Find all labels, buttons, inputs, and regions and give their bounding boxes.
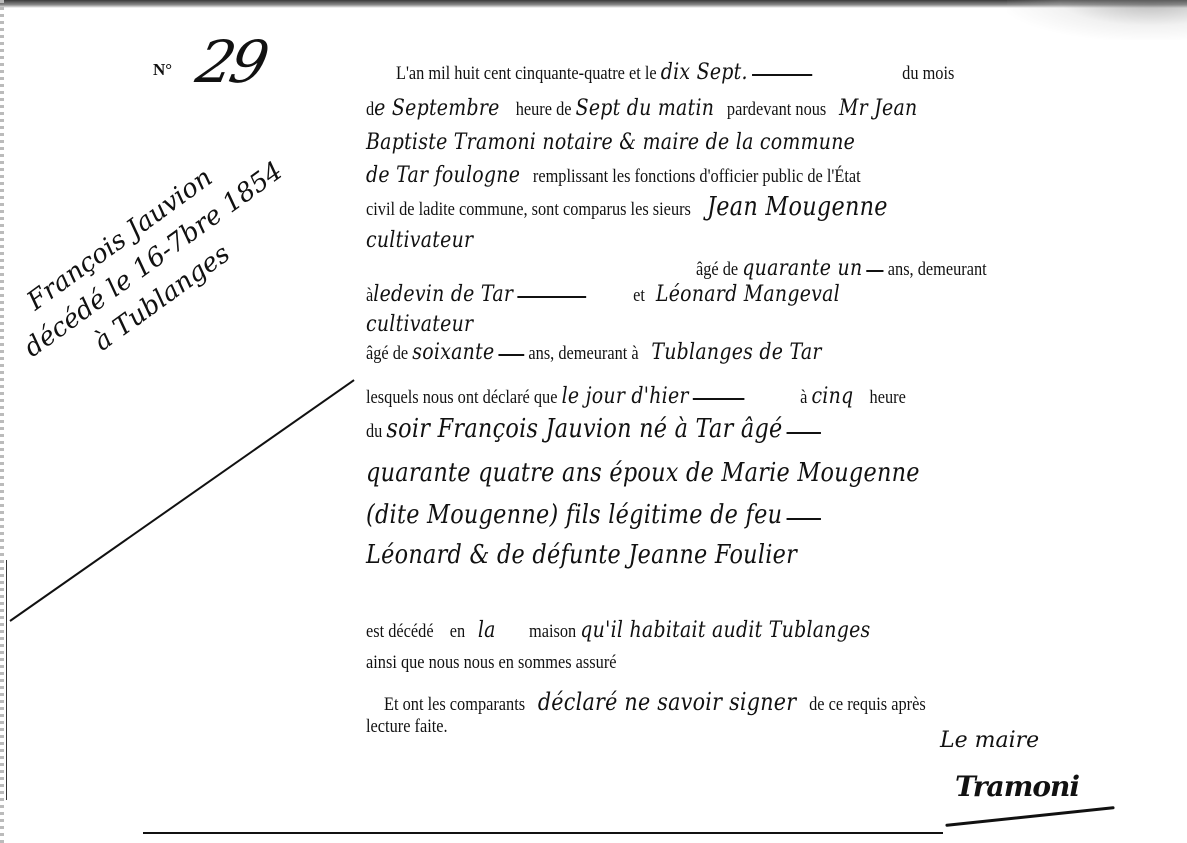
body-line: (dite Mougenne) fils légitime de feu (366, 500, 821, 530)
body-line: quarante quatre ans époux de Marie Mouge… (366, 458, 920, 488)
printed-text: Et ont les comparants (384, 694, 525, 715)
record-number: 29 (191, 28, 271, 96)
handwritten-residence: ledevin de Tar (373, 282, 513, 307)
printed-text: en (450, 621, 465, 642)
body-line: Et ont les comparants déclaré ne savoir … (384, 688, 926, 716)
handwritten-deceased: soir François Jauvion né à Tar âgé (386, 414, 782, 444)
printed-text: âgé de (366, 343, 408, 364)
body-line: de Septembre heure de Sept du matin pard… (366, 96, 917, 121)
handwritten-residence: Tublanges de Tar (651, 340, 821, 365)
handwritten-commune: de Tar foulogne (366, 163, 520, 188)
handwritten-officer: Baptiste Tramoni notaire & maire de la c… (366, 130, 855, 155)
body-line: lesquels nous ont déclaré que le jour d'… (366, 384, 906, 409)
closing-rule (143, 832, 943, 834)
handwritten-place: la (478, 618, 496, 643)
handwritten-date-of-death: le jour d'hier (562, 384, 689, 409)
printed-text: du mois (902, 63, 954, 84)
handwritten-deceased: quarante quatre ans époux de Marie Mouge… (366, 458, 920, 488)
body-line: àledevin de Tar et Léonard Mangeval (366, 282, 840, 307)
printed-text: civil de ladite commune, sont comparus l… (366, 199, 691, 220)
record-number-label: N° (153, 60, 172, 80)
margin-diagonal-rule (9, 379, 354, 622)
printed-text: de ce requis après (809, 694, 926, 715)
body-line: Léonard & de défunte Jeanne Foulier (366, 540, 797, 570)
margin-note: François Jauvion décédé le 16-7bre 1854 … (20, 125, 311, 378)
handwritten-officer: Mr Jean (839, 96, 917, 121)
handwritten-deceased: Léonard & de défunte Jeanne Foulier (366, 540, 797, 570)
printed-text: âgé de (696, 259, 738, 280)
handwritten-day: dix Sept. (661, 60, 748, 85)
body-line: L'an mil huit cent cinquante-quatre et l… (396, 60, 954, 85)
handwritten-witness-1: Jean Mougenne (707, 192, 888, 222)
printed-text: L'an mil huit cent cinquante-quatre et l… (396, 63, 657, 84)
body-line: lecture faite. (366, 716, 448, 738)
handwritten-age: quarante un (742, 256, 862, 281)
printed-text: ans, demeurant (888, 259, 987, 280)
body-line: âgé de soixante ans, demeurant à Tublang… (366, 340, 822, 365)
left-margin-rule (6, 560, 7, 800)
printed-text: d (366, 99, 374, 120)
printed-text: maison (529, 621, 576, 642)
body-line: de Tar foulogne remplissant les fonction… (366, 163, 861, 188)
printed-text: à (800, 387, 807, 408)
body-line: cultivateur (366, 228, 473, 253)
printed-text: ainsi que nous nous en sommes assuré (366, 652, 617, 673)
printed-text: remplissant les fonctions d'officier pub… (533, 166, 861, 187)
scan-corner-noise (1007, 0, 1187, 40)
signature-flourish (945, 806, 1114, 827)
handwritten-place: qu'il habitait audit Tublanges (580, 618, 870, 643)
printed-text: ans, demeurant à (528, 343, 638, 364)
margin-note-line: décédé le 16-7bre 1854 (17, 154, 290, 366)
body-line: ainsi que nous nous en sommes assuré (366, 652, 617, 674)
printed-text: heure (870, 387, 906, 408)
handwritten-hour: cinq (811, 384, 853, 409)
printed-text: lesquels nous ont déclaré que (366, 387, 557, 408)
handwritten-occupation: cultivateur (366, 312, 473, 337)
printed-text: et (633, 285, 645, 306)
handwritten-deceased: (dite Mougenne) fils légitime de feu (366, 500, 782, 530)
body-line: âgé de quarante un ans, demeurant (696, 256, 987, 281)
printed-text: heure de (516, 99, 572, 120)
body-line: cultivateur (366, 312, 473, 337)
printed-text: pardevant nous (727, 99, 826, 120)
handwritten-age: soixante (412, 340, 494, 365)
body-line: Baptiste Tramoni notaire & maire de la c… (366, 130, 855, 155)
printed-text: lecture faite. (366, 716, 448, 737)
printed-text: est décédé (366, 621, 434, 642)
handwritten-occupation: cultivateur (366, 228, 473, 253)
handwritten-hour: Sept du matin (576, 96, 715, 121)
handwritten-signing-note: déclaré ne savoir signer (538, 688, 797, 716)
body-line: civil de ladite commune, sont comparus l… (366, 192, 888, 222)
handwritten-month: e Septembre (374, 96, 499, 121)
scan-left-edge (0, 0, 4, 843)
body-line: est décédé en la maison qu'il habitait a… (366, 618, 871, 643)
signatory-title: Le maire (940, 728, 1039, 753)
handwritten-witness-2: Léonard Mangeval (656, 282, 840, 307)
mayor-signature: Tramoni (955, 770, 1079, 803)
body-line: du soir François Jauvion né à Tar âgé (366, 414, 821, 444)
printed-text: du (366, 421, 382, 442)
